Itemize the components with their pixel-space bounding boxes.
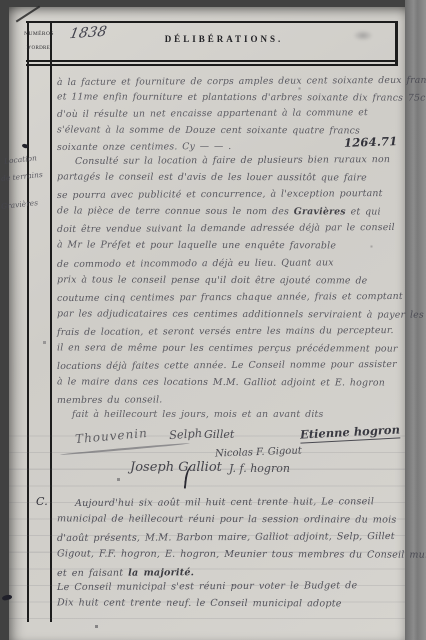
frame-left-border: [27, 21, 29, 622]
order-column-header-line1: NUMÉROS: [24, 31, 54, 37]
register-scan: NUMÉROS D'ORDRE. 1838 DÉLIBÉRATIONS. à l…: [0, 0, 426, 640]
text-line: Le Conseil municipal s'est réuni pour vo…: [57, 577, 402, 596]
paragraph-budget-vote: Le Conseil municipal s'est réuni pour vo…: [57, 578, 402, 612]
signature: Thouvenin: [75, 426, 149, 446]
ink-smudge: [353, 30, 373, 41]
order-column-header-line2: D'ORDRE.: [24, 46, 54, 51]
text-line: à Mr le Préfet et pour laquelle une enqu…: [57, 237, 402, 255]
order-column-divider: [50, 21, 52, 622]
closing-formula: fait à heillecourt les jours, mois et an…: [72, 409, 324, 420]
text-line: Gigout, F.F. hogron, E. hogron, Meunier …: [57, 546, 402, 565]
text-line: à le maire dans ces locations M.M. Galli…: [57, 374, 402, 392]
signature: Joseph Galliot: [130, 460, 222, 475]
text-line: Consulté sur la location à faire de plus…: [75, 151, 402, 170]
text-line: de commodo et incommodo a déjà eu lieu. …: [57, 254, 402, 273]
frame-top-border: [26, 21, 398, 23]
text-segment: et en faisant: [57, 567, 128, 578]
text-line: frais de location, et seront versés entr…: [57, 322, 402, 341]
text-line: à la facture et fourniture de corps ampl…: [57, 73, 402, 91]
text-line: il en sera de même pour les centimes per…: [57, 339, 402, 357]
signature: Gillet: [204, 428, 234, 441]
text-line: partagés le conseil est d'avis de les lo…: [57, 168, 402, 186]
text-segment: de la pièce de terre connue sous le nom …: [57, 206, 294, 218]
paragraph-location-deliberation: Consulté sur la location à faire de plus…: [57, 152, 402, 408]
text-line: coutume cinq centimes par francs chaque …: [57, 288, 402, 307]
page-title: DÉLIBÉRATIONS.: [52, 34, 396, 44]
margin-section-letter: C.: [36, 495, 48, 508]
text-line: Dix huit cent trente neuf. le Conseil mu…: [57, 594, 402, 612]
signature-block: Thouvenin Selph Gillet Etienne hogron Ni…: [57, 427, 402, 482]
text-line: d'où il résulte un net encaisse apparten…: [57, 105, 402, 123]
text-segment-emphasis: la majorité.: [128, 567, 194, 578]
header-bottom-border-inner: [26, 64, 398, 66]
text-segment: et qui: [346, 207, 381, 218]
text-segment-emphasis: Gravières: [294, 207, 346, 218]
paper-specks: [0, 0, 1, 1]
text-line: municipal de heillecourt réuni pour la s…: [57, 511, 402, 530]
text-line: prix à tous le conseil pense qu'il doit …: [57, 271, 402, 289]
paragraph-session-august: Aujourd'hui six août mil huit cent trent…: [57, 494, 402, 581]
signature: J. f. hogron: [229, 462, 290, 475]
text-line: de la pièce de terre connue sous le nom …: [57, 203, 402, 221]
text-line: par les adjudicataires ces centimes addi…: [57, 305, 402, 323]
signature: Nicolas F. Gigout: [215, 445, 302, 459]
signature: Selph: [169, 426, 203, 442]
text-line: locations déjà faites cette année. Le Co…: [57, 356, 402, 375]
amount-total: 1264.71: [344, 134, 398, 150]
header-bottom-border-outer: [26, 60, 398, 62]
text-line: se pourra avec publicité et concurrence,…: [57, 185, 402, 204]
text-line: Aujourd'hui six août mil huit cent trent…: [75, 493, 402, 512]
text-line: membres du conseil.: [57, 390, 402, 409]
text-line: d'août présents, M.M. Barbon maire, Gall…: [57, 528, 402, 548]
